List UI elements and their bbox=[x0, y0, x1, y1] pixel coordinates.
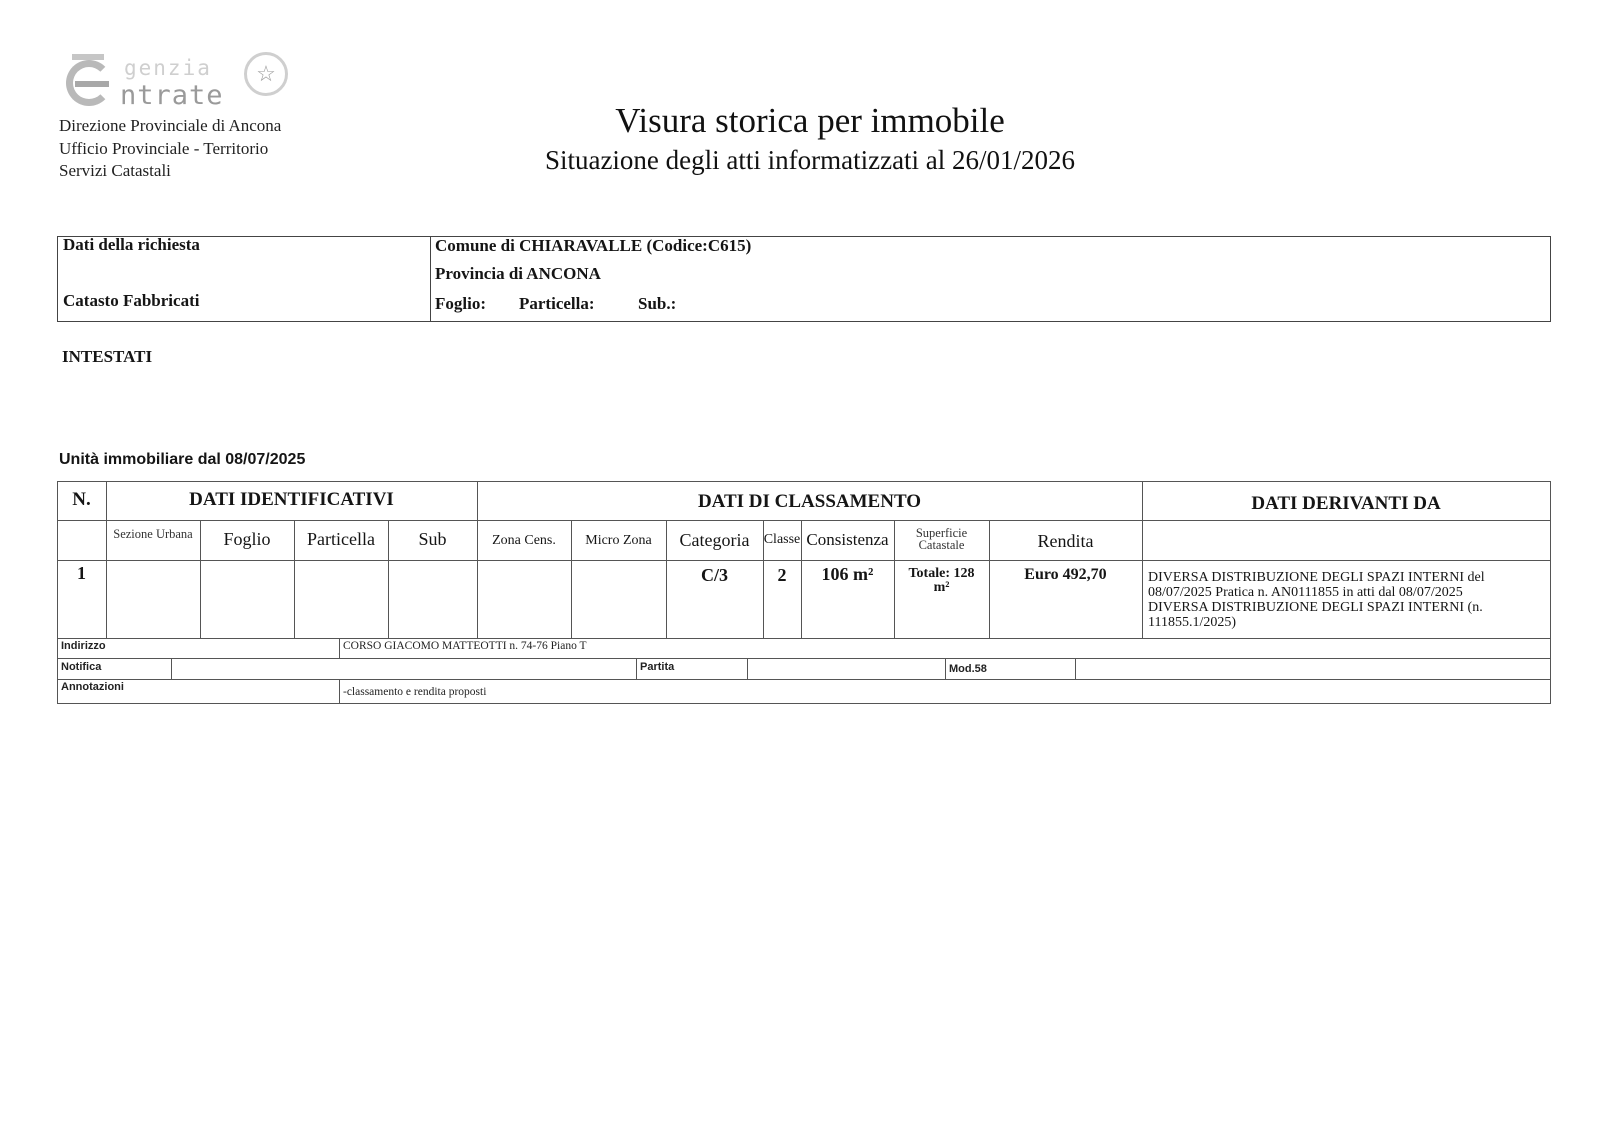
row-dati-derivanti: DIVERSA DISTRIBUZIONE DEGLI SPAZI INTERN… bbox=[1144, 570, 1548, 630]
col-foglio: Foglio bbox=[200, 529, 294, 550]
table-line bbox=[57, 560, 1551, 561]
col-particella: Particella bbox=[294, 529, 388, 550]
agenzia-entrate-logo: genzia ntrate ☆ bbox=[62, 52, 302, 114]
row-n: 1 bbox=[57, 563, 106, 584]
republic-emblem-icon: ☆ bbox=[244, 52, 288, 96]
unit-table: N. DATI IDENTIFICATIVI DATI DI CLASSAMEN… bbox=[57, 481, 1551, 705]
catasto-label: Catasto Fabbricati bbox=[63, 291, 199, 311]
indirizzo-label: Indirizzo bbox=[61, 640, 106, 652]
table-line bbox=[945, 658, 946, 679]
row-superficie-totale: Totale: 128 bbox=[894, 567, 989, 581]
notifica-label: Notifica bbox=[61, 661, 101, 673]
table-line bbox=[57, 520, 1551, 521]
row-superficie: Totale: 128 m² bbox=[894, 567, 989, 595]
request-divider bbox=[430, 237, 431, 321]
table-border-right bbox=[1550, 481, 1551, 704]
document-subtitle: Situazione degli atti informatizzati al … bbox=[500, 145, 1120, 176]
indirizzo-value: CORSO GIACOMO MATTEOTTI n. 74-76 Piano T bbox=[343, 640, 587, 652]
logo-text-entrate: ntrate bbox=[120, 80, 224, 111]
comune-value: Comune di CHIARAVALLE (Codice:C615) bbox=[435, 236, 751, 256]
derivanti-line: DIVERSA DISTRIBUZIONE DEGLI SPAZI INTERN… bbox=[1148, 570, 1548, 585]
annotazioni-label: Annotazioni bbox=[61, 681, 124, 693]
document-title: Visura storica per immobile bbox=[500, 101, 1120, 141]
col-consistenza: Consistenza bbox=[801, 530, 894, 550]
header-dati-derivanti: DATI DERIVANTI DA bbox=[1142, 493, 1550, 515]
table-line bbox=[1075, 658, 1076, 679]
col-classe: Classe bbox=[763, 532, 801, 548]
table-line bbox=[171, 658, 172, 679]
provincia-value: Provincia di ANCONA bbox=[435, 264, 601, 284]
logo-e-icon bbox=[66, 60, 112, 106]
partita-label: Partita bbox=[640, 661, 674, 673]
col-categoria: Categoria bbox=[666, 530, 763, 551]
foglio-label: Foglio: bbox=[435, 294, 486, 314]
annotazioni-value: -classamento e rendita proposti bbox=[343, 686, 486, 698]
table-line bbox=[57, 638, 1551, 639]
office-info: Direzione Provinciale di Ancona Ufficio … bbox=[59, 115, 281, 183]
row-classe: 2 bbox=[763, 565, 801, 586]
particella-label: Particella: bbox=[519, 294, 595, 314]
header-dati-classamento: DATI DI CLASSAMENTO bbox=[477, 491, 1142, 513]
row-rendita: Euro 492,70 bbox=[989, 566, 1142, 584]
table-line bbox=[747, 658, 748, 679]
table-border-top bbox=[57, 481, 1551, 482]
office-line-ufficio: Ufficio Provinciale - Territorio bbox=[59, 138, 281, 161]
col-micro-zona: Micro Zona bbox=[571, 533, 666, 549]
table-line bbox=[636, 658, 637, 679]
table-line bbox=[339, 679, 340, 703]
mod58-label: Mod.58 bbox=[949, 663, 987, 675]
office-line-direzione: Direzione Provinciale di Ancona bbox=[59, 115, 281, 138]
col-superficie-catastale: Superficie Catastale bbox=[900, 527, 983, 551]
header-dati-identificativi: DATI IDENTIFICATIVI bbox=[106, 489, 477, 511]
table-border-bottom bbox=[57, 703, 1551, 704]
table-line bbox=[339, 638, 340, 658]
col-sezione-urbana: Sezione Urbana bbox=[106, 528, 200, 540]
derivanti-line: 111855.1/2025) bbox=[1148, 615, 1548, 630]
derivanti-line: 08/07/2025 Pratica n. AN0111855 in atti … bbox=[1148, 585, 1548, 600]
col-rendita: Rendita bbox=[989, 531, 1142, 552]
logo-text-agenzia: genzia bbox=[124, 56, 212, 80]
row-categoria: C/3 bbox=[666, 565, 763, 586]
header-n: N. bbox=[57, 489, 106, 511]
request-label: Dati della richiesta bbox=[63, 235, 200, 255]
sub-label: Sub.: bbox=[638, 294, 676, 314]
row-superficie-unit: m² bbox=[894, 581, 989, 595]
unita-heading: Unità immobiliare dal 08/07/2025 bbox=[59, 451, 305, 469]
request-box: Dati della richiesta Catasto Fabbricati … bbox=[57, 236, 1551, 322]
intestati-heading: INTESTATI bbox=[62, 347, 152, 367]
table-border-left bbox=[57, 481, 58, 704]
col-sub: Sub bbox=[388, 529, 477, 550]
table-line bbox=[57, 658, 1551, 659]
row-consistenza: 106 m² bbox=[801, 564, 894, 585]
table-line bbox=[57, 679, 1551, 680]
derivanti-line: DIVERSA DISTRIBUZIONE DEGLI SPAZI INTERN… bbox=[1148, 600, 1548, 615]
office-line-servizi: Servizi Catastali bbox=[59, 160, 281, 183]
col-zona-cens: Zona Cens. bbox=[477, 533, 571, 549]
